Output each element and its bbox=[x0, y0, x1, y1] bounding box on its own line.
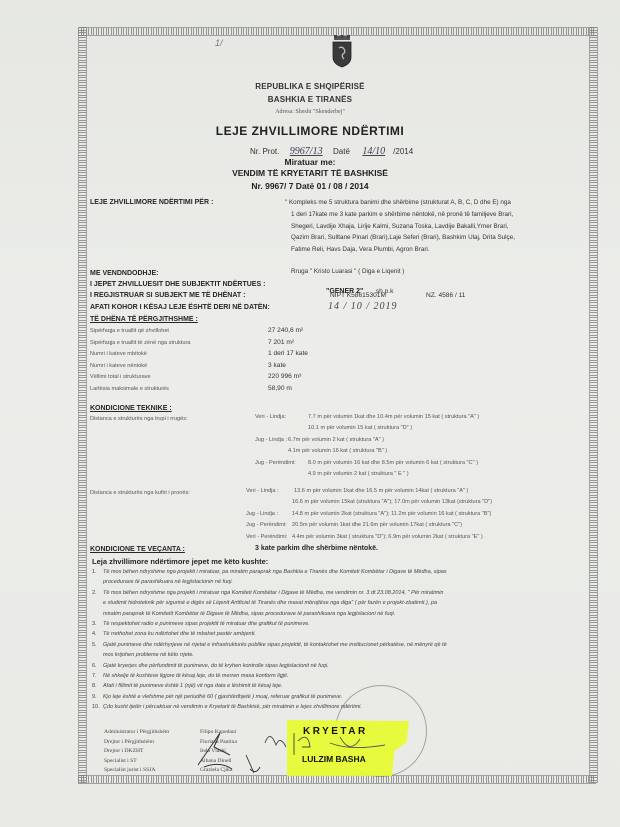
location-value: Rruga " Kristo Luarasi " ( Diga e Liqeni… bbox=[291, 266, 404, 278]
approved-by: Miratuar me: bbox=[0, 157, 620, 167]
decision-title: VENDIM TË KRYETARIT TË BASHKISË bbox=[0, 168, 620, 178]
general-data-value: 7 201 m² bbox=[268, 339, 294, 346]
road-distance-label: Distanca e strukturës nga trupi i rrugës… bbox=[90, 416, 188, 422]
prot-year: /2014 bbox=[393, 147, 413, 156]
date-label: Datë bbox=[333, 147, 350, 156]
distance-text: 4.1m për volumin 16 kat ( struktura "B" … bbox=[288, 448, 387, 454]
decision-number: Nr. 9967/ 7 Datë 01 / 08 / 2014 bbox=[0, 181, 620, 191]
direction-label: Veri - Lindja : bbox=[246, 488, 279, 494]
location-label: ME VENDNDODHJE: bbox=[90, 270, 158, 277]
condition-text: e studimit hidroteknik për sigurinë e di… bbox=[103, 600, 437, 606]
distance-text: 20.5m për volumin 1kat dhe 21.6m për vol… bbox=[292, 522, 462, 528]
signatory-role: Specialist jurist i SSJA bbox=[104, 767, 155, 773]
condition-text: Të rrethohet zona ku ndërtohet dhe të mb… bbox=[103, 631, 256, 637]
municipality-heading: BASHKIA E TIRANËS bbox=[0, 95, 620, 104]
general-data-label: Vëllimi total i strukturave bbox=[90, 374, 151, 380]
distance-text: 4.4m për volumin 3kat ( struktura "D"); … bbox=[292, 534, 483, 540]
distance-text: 10.1 m për volumin 15 kat ( struktura "D… bbox=[308, 425, 412, 431]
condition-text: Gjatë punimeve dhe ndërhyrjeve në rrjeta… bbox=[103, 642, 447, 648]
condition-number: 6. bbox=[92, 663, 97, 669]
signatory-role: Drejtor i Përgjithshëm bbox=[104, 739, 154, 745]
purpose-text: " Kompleks me 5 struktura banimi dhe shë… bbox=[285, 197, 515, 256]
deadline-value: 14 / 10 / 2019 bbox=[328, 301, 398, 312]
direction-label: Jug - Lindja : bbox=[255, 437, 287, 443]
direction-label: Veri - Perëndimi: bbox=[246, 534, 287, 540]
signatory-role: Specialist i ST bbox=[104, 758, 137, 764]
meander-border-right bbox=[589, 27, 598, 783]
condition-number: 5. bbox=[92, 642, 97, 648]
condition-number: 1. bbox=[92, 569, 97, 575]
deadline-label: AFATI KOHOR I KËSAJ LEJE ËSHTË DERI NË D… bbox=[90, 304, 270, 311]
general-data-label: Numri i kateve mbitokë bbox=[90, 351, 147, 357]
purpose-line: " Kompleks me 5 struktura banimi dhe shë… bbox=[285, 197, 515, 209]
special-heading: KONDICIONE TE VEÇANTA : bbox=[90, 546, 185, 553]
direction-label: Jug - Lindja : bbox=[246, 511, 278, 517]
general-data-value: 1 deri 17 kate bbox=[268, 350, 308, 357]
condition-number: 2. bbox=[92, 590, 97, 596]
conditions-heading: Leja zhvillimore ndërtimore jepet me kët… bbox=[92, 557, 268, 566]
general-data-value: 27 240,6 m² bbox=[268, 327, 303, 334]
distance-text: 4.9 m për volumin 2 kat ( struktura " E … bbox=[308, 471, 409, 477]
distance-text: 14.8 m për volumin 2kat (struktura "A");… bbox=[292, 511, 491, 517]
republic-heading: REPUBLIKA E SHQIPËRISË bbox=[0, 82, 620, 91]
purpose-line: 1 deri 17kate me 3 kate parkim e shërbim… bbox=[285, 209, 515, 221]
condition-text: Afati i fillimit të punimeve është 1 (nj… bbox=[103, 683, 282, 689]
developer-label: I JEPET ZHVILLUESIT DHE SUBJEKTIT NDËRTU… bbox=[90, 281, 265, 288]
condition-text: Të mos bëhen ndryshime nga projekti i mi… bbox=[103, 569, 447, 575]
direction-label: Jug - Perëndimi: bbox=[246, 522, 287, 528]
general-data-heading: TË DHËNA TË PËRGJITHSHME : bbox=[90, 316, 198, 323]
handwritten-margin-mark: 1/ bbox=[215, 38, 223, 48]
direction-label: Jug - Perëndimi: bbox=[255, 460, 296, 466]
distance-text: 6.7m për volumin 2 kat ( struktura "A" ) bbox=[288, 437, 384, 443]
meander-border-left bbox=[78, 27, 87, 783]
special-value: 3 kate parkim dhe shërbime nëntokë. bbox=[255, 545, 378, 552]
general-data-label: Numri i kateve nëntokë bbox=[90, 363, 147, 369]
prot-label: Nr. Prot. bbox=[250, 147, 279, 156]
purpose-line: Qazim Brari, Sulltane Pinari (Brari),Laj… bbox=[285, 232, 515, 244]
purpose-line: Shegeri, Lavdije Xhaja, Lirije Kalmi, Su… bbox=[285, 221, 515, 233]
direction-label: Veri - Lindja: bbox=[255, 414, 286, 420]
distance-text: 13.6 m për volumin 1kat dhe 16.5 m për v… bbox=[294, 488, 468, 494]
condition-number: 7. bbox=[92, 673, 97, 679]
general-data-label: Lartësia maksimale e strukturës bbox=[90, 386, 169, 392]
condition-text: procedurave të parashikuara në legjislac… bbox=[103, 579, 233, 585]
general-data-label: Sipërfaqja e truallit të zënë nga strukt… bbox=[90, 340, 190, 346]
registered-label: I REGJISTRUAR SI SUBJEKT ME TË DHËNAT : bbox=[90, 292, 245, 299]
condition-text: Të mos bëhen ndryshime nga projekti i mi… bbox=[103, 590, 443, 596]
condition-text: Gjatë kryerjes dhe përfundimit të punime… bbox=[103, 663, 329, 669]
coat-of-arms-icon bbox=[331, 35, 353, 68]
condition-text: mos krijohen probleme në këto rrjete. bbox=[103, 652, 194, 658]
purpose-label: LEJE ZHVILLIMORE NDËRTIMI PËR : bbox=[90, 199, 213, 206]
property-distance-label: Distanca e strukturës nga kufiri i pronë… bbox=[90, 490, 190, 496]
general-data-value: 3 kate bbox=[268, 362, 286, 369]
nz-value: NZ. 4586 / 11 bbox=[426, 292, 465, 299]
condition-text: Të respektohet radio e punimeve sipas pr… bbox=[103, 621, 310, 627]
condition-number: 8. bbox=[92, 683, 97, 689]
general-data-label: Sipërfaqja e truallit që zhvillohet bbox=[90, 328, 169, 334]
signatory-role: Drejtor i DKZHT bbox=[104, 748, 143, 754]
distance-text: 16.6 m për volumin 15kat (struktura "A")… bbox=[292, 499, 492, 505]
technical-heading: KONDICIONE TEKNIKE : bbox=[90, 405, 172, 412]
condition-text: Kjo leje është e vlefshme për një periud… bbox=[103, 694, 342, 700]
document-title: LEJE ZHVILLIMORE NDËRTIMI bbox=[0, 124, 620, 138]
condition-number: 10. bbox=[92, 704, 100, 710]
distance-text: 7.7 m për volumin 1kat dhe 10.4m për vol… bbox=[308, 414, 479, 420]
prot-number: 9967/13 bbox=[284, 146, 329, 157]
condition-text: miratim paraprak të Komitetit Kombëtar t… bbox=[103, 611, 395, 617]
nipt-value: NIPT K58615301M bbox=[330, 292, 386, 299]
condition-text: Në shkelje të kushteve ligjore të kësaj … bbox=[103, 673, 288, 679]
municipality-address: Adresa: Sheshi "Skenderbej" bbox=[0, 109, 620, 115]
condition-number: 9. bbox=[92, 694, 97, 700]
signature-scribbles bbox=[190, 725, 390, 780]
condition-number: 3. bbox=[92, 621, 97, 627]
distance-text: 8.0 m për volumin 16 kat dhe 8.5m për vo… bbox=[308, 460, 478, 466]
condition-text: Çdo kusht tjetër i përcaktuar në vendimi… bbox=[103, 704, 362, 710]
prot-date: 14/10 bbox=[354, 146, 393, 157]
signatory-role: Administrator i Përgjithshëm bbox=[104, 729, 169, 735]
general-data-value: 220 996 m³ bbox=[268, 373, 301, 380]
purpose-line: Fatime Reli, Havs Daja, Vera Plumbi, Agr… bbox=[285, 244, 515, 256]
condition-number: 4. bbox=[92, 631, 97, 637]
general-data-value: 58,90 m bbox=[268, 385, 292, 392]
document-page: 1/ REPUBLIKA E SHQIPËRISË BASHKIA E TIRA… bbox=[0, 0, 620, 827]
